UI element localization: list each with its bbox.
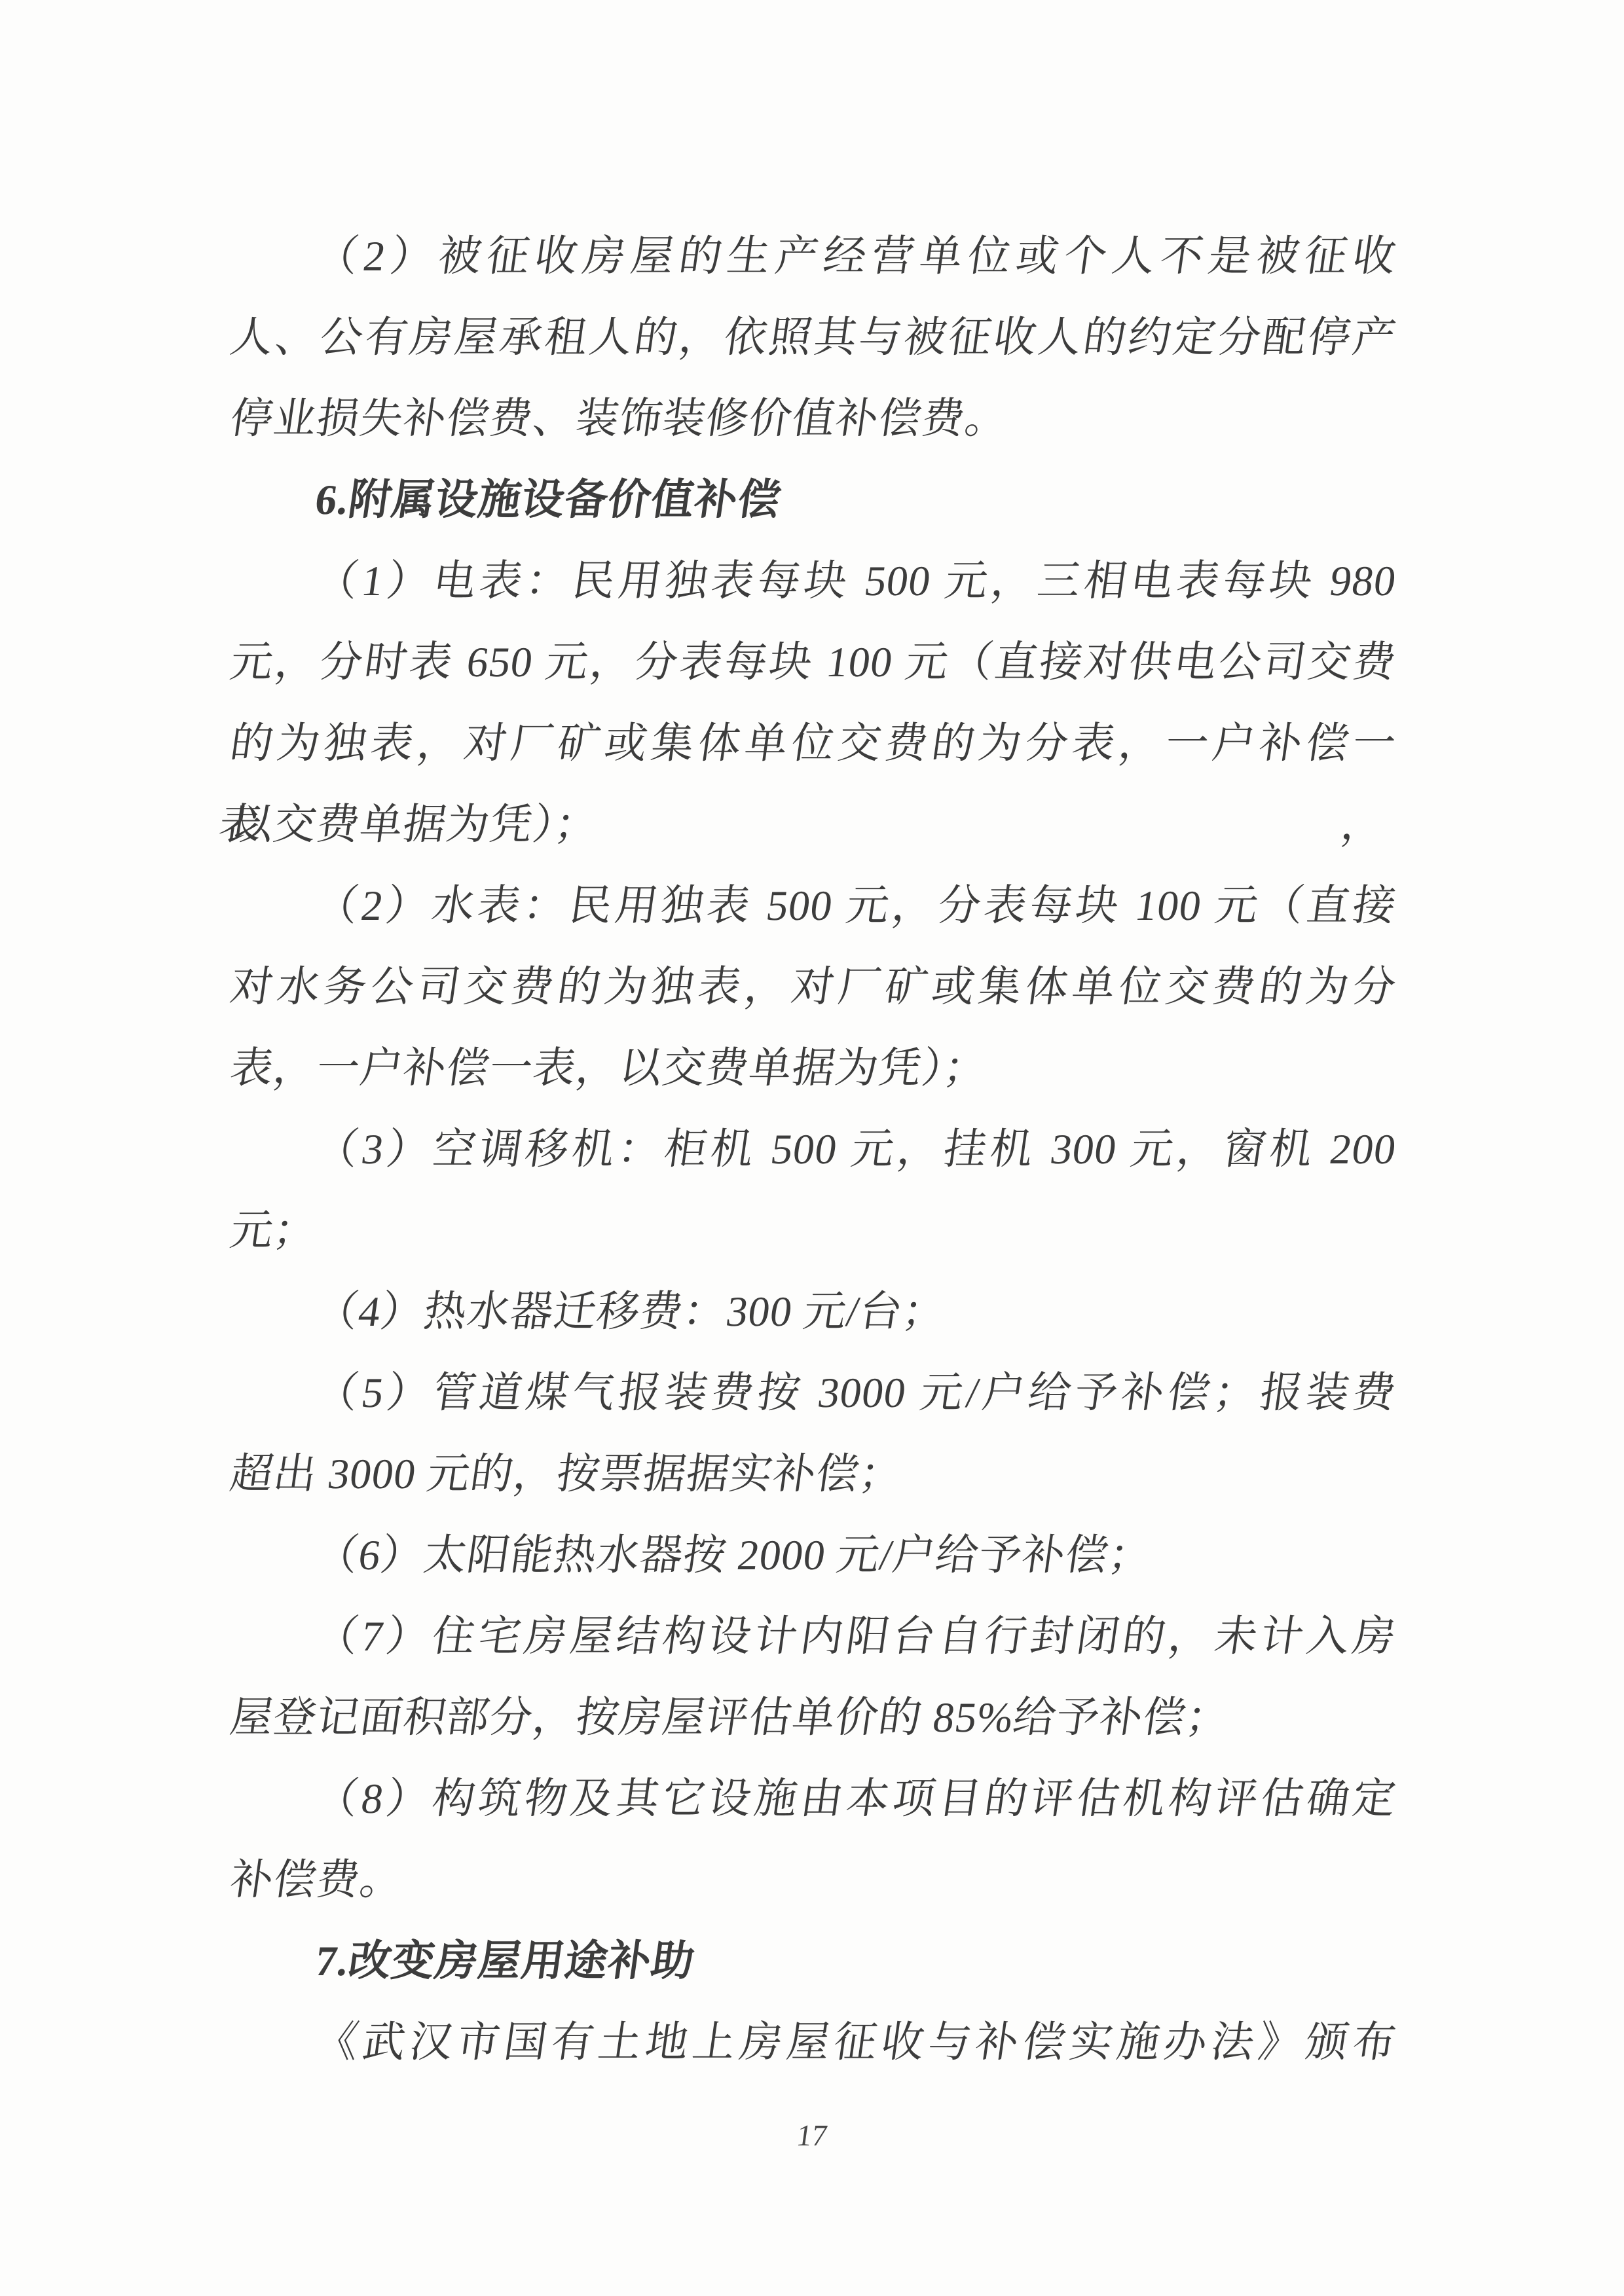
text-line: 《武汉市国有土地上房屋征收与补偿实施办法》颁布 <box>225 2002 1401 2083</box>
text-line: 元，分时表 650 元，分表每块 100 元（直接对供电公司交费 <box>225 622 1401 703</box>
text-line: 元； <box>225 1190 1401 1271</box>
text-line: 的为独表，对厂矿或集体单位交费的为分表，一户补偿一表， <box>225 703 1401 784</box>
text-line: （5）管道煤气报装费按 3000 元/户给予补偿；报装费 <box>225 1353 1401 1434</box>
document-body: （2）被征收房屋的生产经营单位或个人不是被征收 人、公有房屋承租人的，依照其与被… <box>231 216 1396 2083</box>
text-line: （2）被征收房屋的生产经营单位或个人不是被征收 <box>225 216 1401 297</box>
text-line: 人、公有房屋承租人的，依照其与被征收人的约定分配停产 <box>225 297 1401 378</box>
text-line: （8）构筑物及其它设施由本项目的评估机构评估确定 <box>225 1758 1401 1840</box>
text-line: 对水务公司交费的为独表，对厂矿或集体单位交费的为分 <box>225 947 1401 1028</box>
text-line: （7）住宅房屋结构设计内阳台自行封闭的，未计入房 <box>225 1596 1401 1677</box>
document-page: （2）被征收房屋的生产经营单位或个人不是被征收 人、公有房屋承租人的，依照其与被… <box>0 0 1624 2296</box>
section-heading-6: 6.附属设施设备价值补偿 <box>225 460 1401 541</box>
text-line: 以交费单据为凭）； <box>225 784 1401 866</box>
text-line: （4）热水器迁移费：300 元/台； <box>225 1271 1401 1353</box>
text-line: （6）太阳能热水器按 2000 元/户给予补偿； <box>225 1515 1401 1596</box>
text-line: （1）电表：民用独表每块 500 元，三相电表每块 980 <box>225 541 1401 622</box>
text-line: （2）水表：民用独表 500 元，分表每块 100 元（直接 <box>225 866 1401 947</box>
text-line: 补偿费。 <box>225 1840 1401 1921</box>
page-number: 17 <box>0 2116 1624 2155</box>
text-line: 屋登记面积部分，按房屋评估单价的 85%给予补偿； <box>225 1677 1401 1758</box>
text-line: 超出 3000 元的，按票据据实补偿； <box>225 1434 1401 1515</box>
section-heading-7: 7.改变房屋用途补助 <box>225 1921 1401 2002</box>
text-line: （3）空调移机：柜机 500 元，挂机 300 元，窗机 200 <box>225 1109 1401 1190</box>
text-line: 停业损失补偿费、装饰装修价值补偿费。 <box>225 378 1401 460</box>
text-line: 表，一户补偿一表，以交费单据为凭）； <box>225 1028 1401 1109</box>
